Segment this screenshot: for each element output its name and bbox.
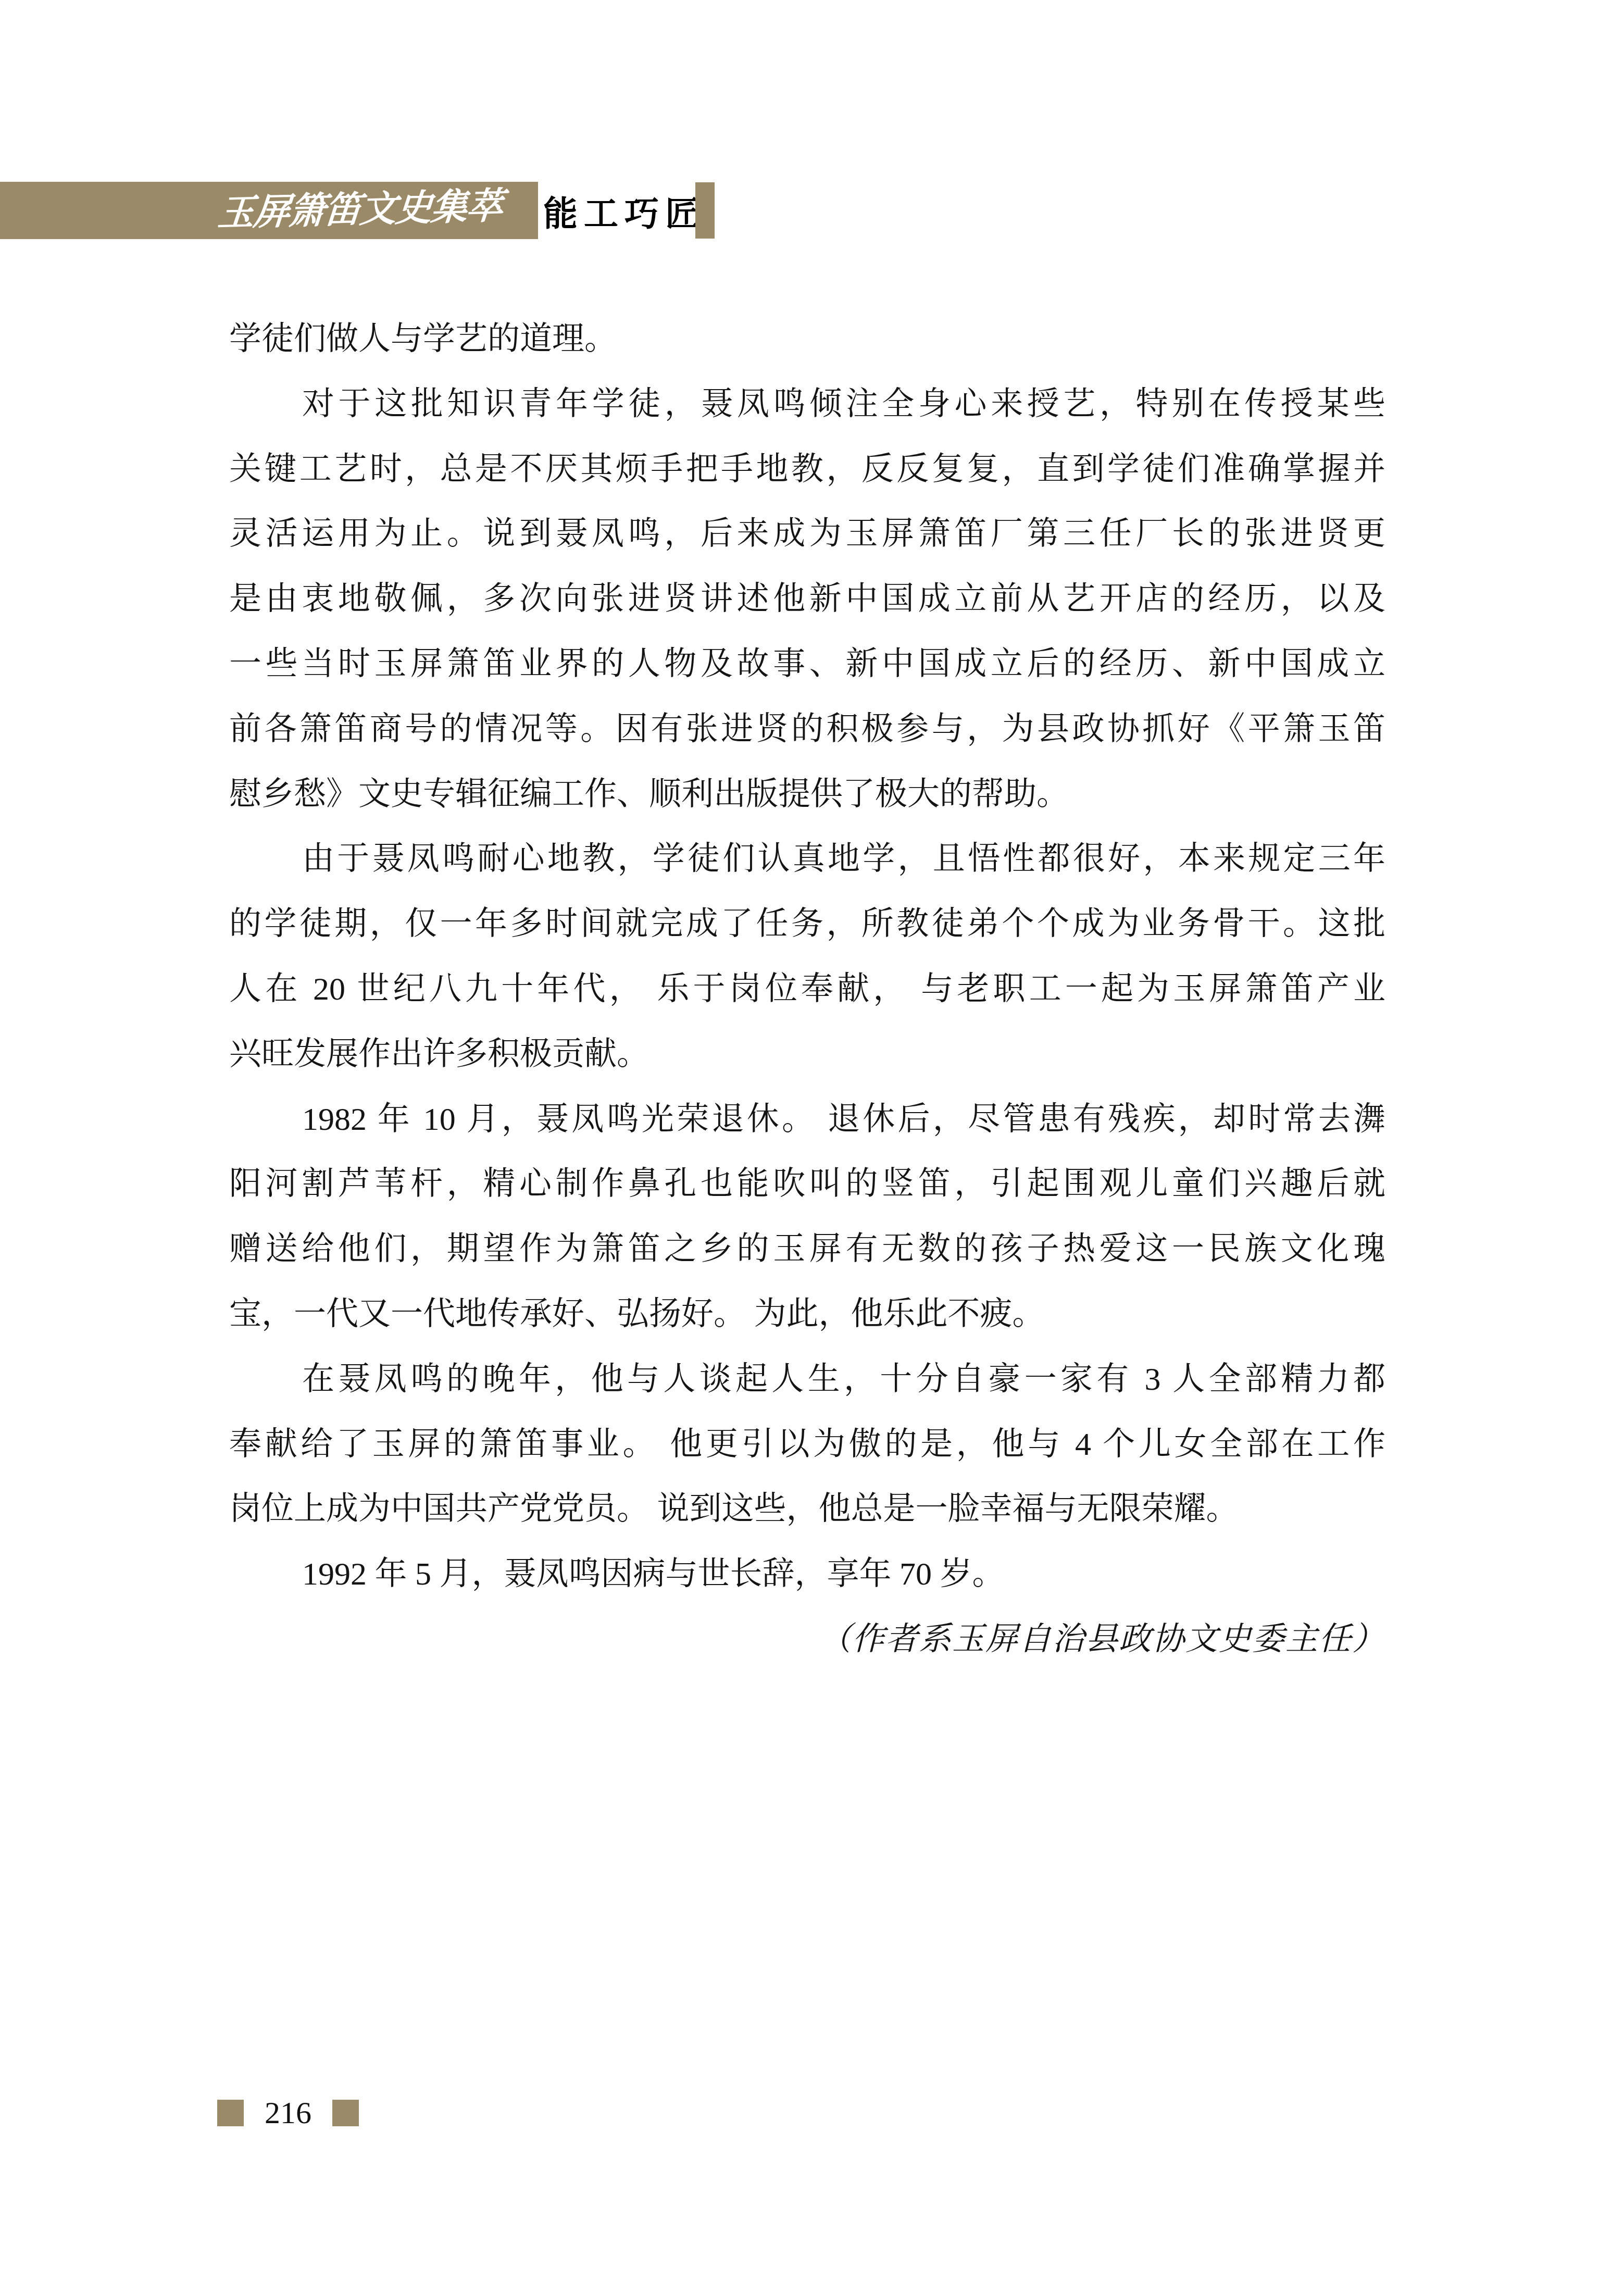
page-number: 216: [265, 2100, 311, 2126]
book-page: 玉屏箫笛文史集萃 能工巧匠 学徒们做人与学艺的道理。对于这批知识青年学徒，聂凤鸣…: [0, 0, 1624, 2269]
text-line: 人在 20 世纪八九十年代， 乐于岗位奉献， 与老职工一起为玉屏箫笛产业: [229, 957, 1385, 1022]
text-line: 慰乡愁》文史专辑征编工作、顺利出版提供了极大的帮助。: [229, 762, 1385, 827]
header-band-chip: [695, 182, 715, 239]
text-line: 兴旺发展作出许多积极贡献。: [229, 1022, 1385, 1087]
text-line: （作者系玉屏自治县政协文史委主任）: [229, 1607, 1385, 1672]
text-line: 对于这批知识青年学徒，聂凤鸣倾注全身心来授艺，特别在传授某些: [229, 372, 1385, 437]
series-title-calligraphy: 玉屏箫笛文史集萃: [217, 189, 504, 232]
text-line: 阳河割芦苇杆，精心制作鼻孔也能吹叫的竖笛，引起围观儿童们兴趣后就: [229, 1152, 1385, 1217]
text-line: 1992 年 5 月，聂凤鸣因病与世长辞，享年 70 岁。: [229, 1542, 1385, 1607]
text-line: 由于聂凤鸣耐心地教，学徒们认真地学，且悟性都很好，本来规定三年: [229, 827, 1385, 892]
section-title: 能工巧匠: [543, 182, 706, 239]
text-line: 赠送给他们，期望作为箫笛之乡的玉屏有无数的孩子热爱这一民族文化瑰: [229, 1217, 1385, 1282]
text-line: 宝，一代又一代地传承好、弘扬好。 为此，他乐此不疲。: [229, 1282, 1385, 1347]
header-band: 玉屏箫笛文史集萃: [0, 182, 538, 239]
text-line: 一些当时玉屏箫笛业界的人物及故事、新中国成立后的经历、新中国成立: [229, 632, 1385, 697]
text-line: 关键工艺时，总是不厌其烦手把手地教，反反复复，直到学徒们准确掌握并: [229, 437, 1385, 502]
footer-square-left: [217, 2100, 244, 2126]
text-line: 学徒们做人与学艺的道理。: [229, 307, 1385, 372]
text-line: 灵活运用为止。说到聂凤鸣，后来成为玉屏箫笛厂第三任厂长的张进贤更: [229, 502, 1385, 567]
text-line: 是由衷地敬佩，多次向张进贤讲述他新中国成立前从艺开店的经历，以及: [229, 567, 1385, 632]
footer-square-right: [332, 2100, 359, 2126]
body-text: 学徒们做人与学艺的道理。对于这批知识青年学徒，聂凤鸣倾注全身心来授艺，特别在传授…: [229, 307, 1385, 1672]
text-line: 的学徒期，仅一年多时间就完成了任务，所教徒弟个个成为业务骨干。这批: [229, 892, 1385, 957]
text-line: 1982 年 10 月，聂凤鸣光荣退休。 退休后，尽管患有残疾，却时常去㵲: [229, 1087, 1385, 1152]
footer: 216: [217, 2100, 359, 2126]
text-line: 前各箫笛商号的情况等。因有张进贤的积极参与，为县政协抓好《平箫玉笛: [229, 697, 1385, 762]
text-line: 在聂凤鸣的晚年，他与人谈起人生，十分自豪一家有 3 人全部精力都: [229, 1347, 1385, 1412]
text-line: 岗位上成为中国共产党党员。 说到这些，他总是一脸幸福与无限荣耀。: [229, 1477, 1385, 1542]
text-line: 奉献给了玉屏的箫笛事业。 他更引以为傲的是，他与 4 个儿女全部在工作: [229, 1412, 1385, 1477]
